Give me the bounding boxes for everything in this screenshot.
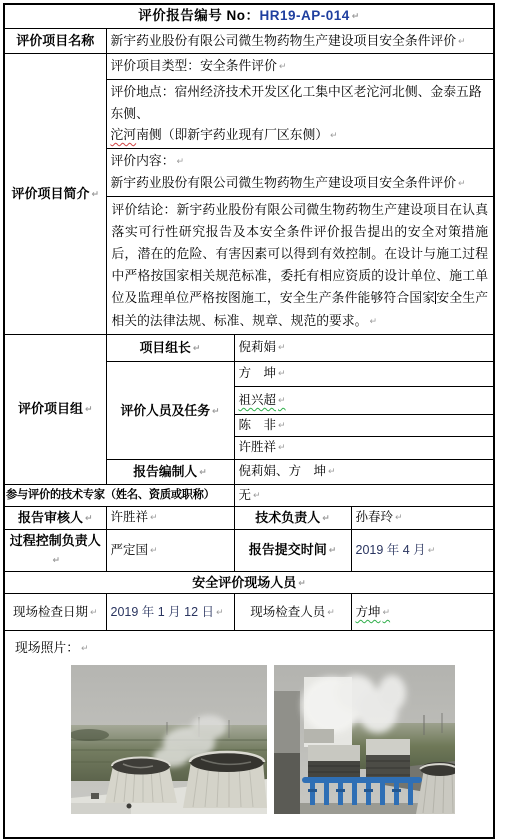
site-photo-round-cooling-towers [71, 665, 267, 814]
inspection-staff-label: 现场检查人员 [234, 594, 351, 631]
submit-time-label: 报告提交时间 [234, 529, 351, 571]
site-section-header-row: 安全评价现场人员 [4, 571, 494, 594]
report-number-cell: 评价报告编号 No：HR19-AP-014 [4, 4, 494, 28]
experts-label: 参与评价的技术专家（姓名、资质或职称） [4, 484, 234, 506]
team-member-2: 祖兴超 [239, 393, 286, 407]
process-control-row: 过程控制负责人 严定国 报告提交时间 2019 年 4 月 [4, 529, 494, 571]
report-writer-value: 倪莉娟、方 坤 [234, 459, 494, 484]
report-number-label: 评价报告编号 No： [138, 8, 259, 23]
project-name-label: 评价项目名称 [4, 28, 106, 54]
report-number-value: HR19-AP-014 [259, 8, 359, 23]
project-name-value: 新宇药业股份有限公司微生物药物生产建设项目安全条件评价 [106, 28, 494, 54]
reviewer-row: 报告审核人 许胜祥 技术负责人 孙春玲 [4, 506, 494, 529]
submit-time-value: 2019 年 4 月 [351, 529, 494, 571]
auditor-label: 报告审核人 [4, 506, 106, 529]
summary-location-line1: 评价地点：宿州经济技术开发区化工集中区老沱河北侧、金泰五路东侧、 [111, 81, 490, 124]
report-number-row: 评价报告编号 No：HR19-AP-014 [4, 4, 494, 28]
team-leader-row: 评价项目组 项目组长 倪莉娟 [4, 334, 494, 361]
document-page: { "header": { "title_label": "评价报告编号 No：… [0, 0, 515, 785]
team-leader-label: 项目组长 [106, 334, 234, 361]
report-writer-label: 报告编制人 [106, 459, 234, 484]
team-member-2-cell: 祖兴超 [234, 386, 494, 414]
inspection-staff-cell: 方坤 [351, 594, 494, 631]
team-member-3: 陈 非 [234, 414, 494, 436]
team-member-4: 许胜祥 [234, 436, 494, 459]
summary-location-rest-text: 南侧（即新宇药业现有厂区东侧） [136, 127, 338, 142]
team-leader-value: 倪莉娟 [234, 334, 494, 361]
tech-lead-value: 孙春玲 [351, 506, 494, 529]
photos-label: 现场照片： [15, 638, 487, 657]
summary-location-line2: 沱河南侧（即新宇药业现有厂区东侧） [111, 124, 490, 147]
site-photo-steaming-towers [274, 665, 455, 814]
inspection-date-value: 2019 年 1 月 12 日 [106, 594, 234, 631]
conclusion-text-before-caret: 评价结论：新宇药业股份有限公司微生物药物生产建设项目在认真落实可行性研究报告及本… [112, 202, 489, 306]
summary-location-cell: 评价地点：宿州经济技术开发区化工集中区老沱河北侧、金泰五路东侧、 沱河南侧（即新… [106, 80, 494, 149]
summary-content-label: 评价内容： [111, 150, 490, 173]
photos-cell: 现场照片： [4, 631, 494, 838]
inspection-date-label: 现场检查日期 [4, 594, 106, 631]
inspection-staff-value: 方坤 [356, 605, 391, 619]
tech-lead-label: 技术负责人 [234, 506, 351, 529]
team-member-1: 方 坤 [234, 361, 494, 386]
team-section-label: 评价项目组 [4, 334, 106, 484]
photos-row: 现场照片： [4, 631, 494, 838]
team-members-label: 评价人员及任务 [106, 361, 234, 459]
summary-content-value: 新宇药业股份有限公司微生物药物生产建设项目安全条件评价 [111, 172, 490, 195]
experts-value: 无 [234, 484, 494, 506]
evaluation-report-table: 评价报告编号 No：HR19-AP-014 评价项目名称 新宇药业股份有限公司微… [3, 3, 495, 839]
summary-location-wavy-text: 沱河 [111, 127, 137, 142]
project-name-row: 评价项目名称 新宇药业股份有限公司微生物药物生产建设项目安全条件评价 [4, 28, 494, 54]
inspection-row: 现场检查日期 2019 年 1 月 12 日 现场检查人员 方坤 [4, 594, 494, 631]
auditor-value: 许胜祥 [106, 506, 234, 529]
experts-row: 参与评价的技术专家（姓名、资质或职称） 无 [4, 484, 494, 506]
summary-conclusion-cell: 评价结论：新宇药业股份有限公司微生物药物生产建设项目在认真落实可行性研究报告及本… [106, 196, 494, 334]
process-control-label: 过程控制负责人 [4, 529, 106, 571]
process-control-value: 严定国 [106, 529, 234, 571]
photos-container [71, 665, 487, 814]
summary-section-label: 评价项目简介 [4, 54, 106, 335]
summary-type-value: 评价项目类型：安全条件评价 [106, 54, 494, 80]
site-section-header: 安全评价现场人员 [4, 571, 494, 594]
summary-type-row: 评价项目简介 评价项目类型：安全条件评价 [4, 54, 494, 80]
summary-content-cell: 评价内容： 新宇药业股份有限公司微生物药物生产建设项目安全条件评价 [106, 148, 494, 196]
